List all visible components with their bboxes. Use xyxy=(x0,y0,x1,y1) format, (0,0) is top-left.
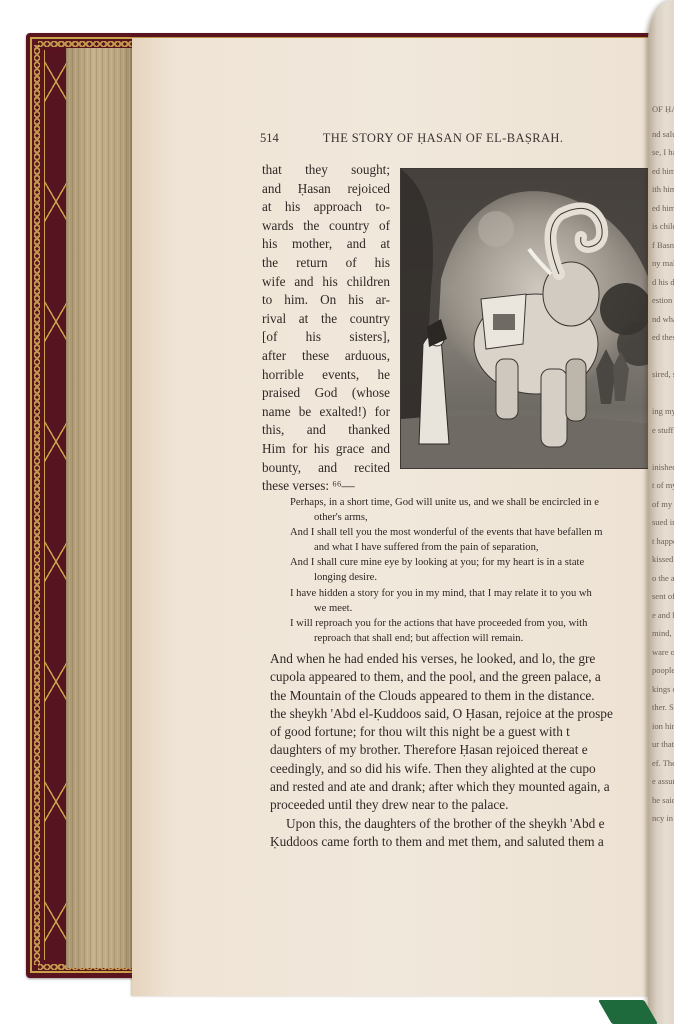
text-line: wife and his children xyxy=(262,273,390,292)
text-line: and Ḥasan rejoiced xyxy=(262,180,390,199)
next-page-line: ware of the m xyxy=(652,643,674,662)
page-number: 514 xyxy=(260,131,279,146)
verse-line: And I shall tell you the most wonderful … xyxy=(290,525,670,540)
verse-continuation: reproach that shall end; but affection w… xyxy=(290,631,670,646)
text-line: Him for his grace and xyxy=(262,440,390,459)
next-page-line: ncy in the xyxy=(652,809,674,828)
verse-continuation: other's arms, xyxy=(290,510,670,525)
text-line: cupola appeared to them, and the pool, a… xyxy=(270,668,670,686)
verse-continuation: and what I have suffered from the pain o… xyxy=(290,540,670,555)
next-page-line: nd what she xyxy=(652,310,674,329)
text-line: Upon this, the daughters of the brother … xyxy=(270,815,670,833)
next-page-line: kings of his xyxy=(652,680,674,699)
text-line: after these arduous, xyxy=(262,347,390,366)
verse-line: And I shall cure mine eye by looking at … xyxy=(290,555,670,570)
text-line: praised God (whose xyxy=(262,384,390,403)
text-line: daughters of my brother. Therefore Ḥasan… xyxy=(270,741,670,759)
next-page-line: ur that the xyxy=(652,735,674,754)
next-page-line: e stuff and xyxy=(652,421,674,440)
text-line: proceeded until they drew near to the pa… xyxy=(270,796,670,814)
text-line: of good fortune; for thou wilt this nigh… xyxy=(270,723,670,741)
next-page-text: OF ḤASAN nd saluted se, I have s ed him … xyxy=(652,100,674,880)
next-page-line: of my unasc xyxy=(652,495,674,514)
text-line: the Mountain of the Clouds appeared to t… xyxy=(270,687,670,705)
text-line: and rested and ate and drank; after whic… xyxy=(270,778,670,796)
text-line: at his approach to- xyxy=(262,198,390,217)
next-page-line: sent of his xyxy=(652,587,674,606)
text-line: his mother, and at xyxy=(262,235,390,254)
text-line: ceedingly, and so did his wife. Then the… xyxy=(270,760,670,778)
next-page-line: e and her chil xyxy=(652,606,674,625)
text-line: these verses: ⁶⁶— xyxy=(262,477,390,496)
text-line: Ḳuddoos came forth to them and met them,… xyxy=(270,833,670,851)
next-page-line: is children xyxy=(652,217,674,236)
gilt-zigzag-left xyxy=(34,45,40,965)
next-page-line: ion him; and xyxy=(652,717,674,736)
next-page-line xyxy=(652,384,674,403)
page-fore-edge xyxy=(66,48,134,968)
gilt-diamond-panel xyxy=(44,50,68,960)
text-line: that they sought; xyxy=(262,161,390,180)
next-page-line: kissed his wife xyxy=(652,550,674,569)
text-line: name be exalted!) for xyxy=(262,403,390,422)
next-page-line xyxy=(652,439,674,458)
next-page-line: mind, whose m xyxy=(652,624,674,643)
text-line: this, and thanked xyxy=(262,421,390,440)
body-paragraphs: And when he had ended his verses, he loo… xyxy=(270,650,670,851)
next-page-line xyxy=(652,347,674,366)
verse-line: I will reproach you for the actions that… xyxy=(290,616,670,631)
next-page-line: e assumed xyxy=(652,772,674,791)
next-page-line: t of my sister xyxy=(652,476,674,495)
verse-continuation: longing desire. xyxy=(290,570,670,585)
text-line: horrible events, he xyxy=(262,366,390,385)
text-line: the sheykh 'Abd el-Ḳuddoos said, O Ḥasan… xyxy=(270,705,670,723)
text-line: the return of his xyxy=(262,254,390,273)
elephant-illustration-icon xyxy=(401,169,652,469)
next-page-line: ed him on h xyxy=(652,199,674,218)
text-line: And when he had ended his verses, he loo… xyxy=(270,650,670,668)
verse-continuation: we meet. xyxy=(290,601,670,616)
next-page-running-title: OF ḤASAN xyxy=(652,100,674,119)
verse-line: I have hidden a story for you in my mind… xyxy=(290,586,670,601)
narrow-text-column: that they sought; and Ḥasan rejoiced at … xyxy=(262,161,390,496)
text-line: [of his sisters], xyxy=(262,328,390,347)
next-page-line: estion that xyxy=(652,291,674,310)
next-page-line: f Basn, the xyxy=(652,236,674,255)
next-page-line: ing my seeing xyxy=(652,402,674,421)
next-page-line: se, I have s xyxy=(652,143,674,162)
text-line: bounty, and recited xyxy=(262,459,390,478)
next-page-line: ny malady, xyxy=(652,254,674,273)
next-page-line: ed him to del xyxy=(652,162,674,181)
next-page-line: t happened xyxy=(652,532,674,551)
verse-line: Perhaps, in a short time, God will unite… xyxy=(290,495,670,510)
next-page-line: ef. Then I xyxy=(652,754,674,773)
next-page-line: d his desolati xyxy=(652,273,674,292)
elephant-engraving xyxy=(400,168,652,469)
next-page-line: sued in travel xyxy=(652,513,674,532)
running-head: 514 THE STORY OF ḤASAN OF EL-BAṢRAH. xyxy=(260,131,650,146)
next-page-line: ther. She xyxy=(652,698,674,717)
next-page-line: o the actions xyxy=(652,569,674,588)
next-page-line: inished her w xyxy=(652,458,674,477)
verse-block: Perhaps, in a short time, God will unite… xyxy=(290,495,670,646)
next-page-line: ed these two xyxy=(652,328,674,347)
text-line: wards the country of xyxy=(262,217,390,236)
next-page-line: nd saluted xyxy=(652,125,674,144)
next-page-line: sired, since th xyxy=(652,365,674,384)
text-line: to him. On his ar- xyxy=(262,291,390,310)
next-page-line: he said to xyxy=(652,791,674,810)
next-page-line: poople and xyxy=(652,661,674,680)
next-page-line: ith him and xyxy=(652,180,674,199)
running-title: THE STORY OF ḤASAN OF EL-BAṢRAH. xyxy=(323,131,564,146)
text-line: rival at the country xyxy=(262,310,390,329)
